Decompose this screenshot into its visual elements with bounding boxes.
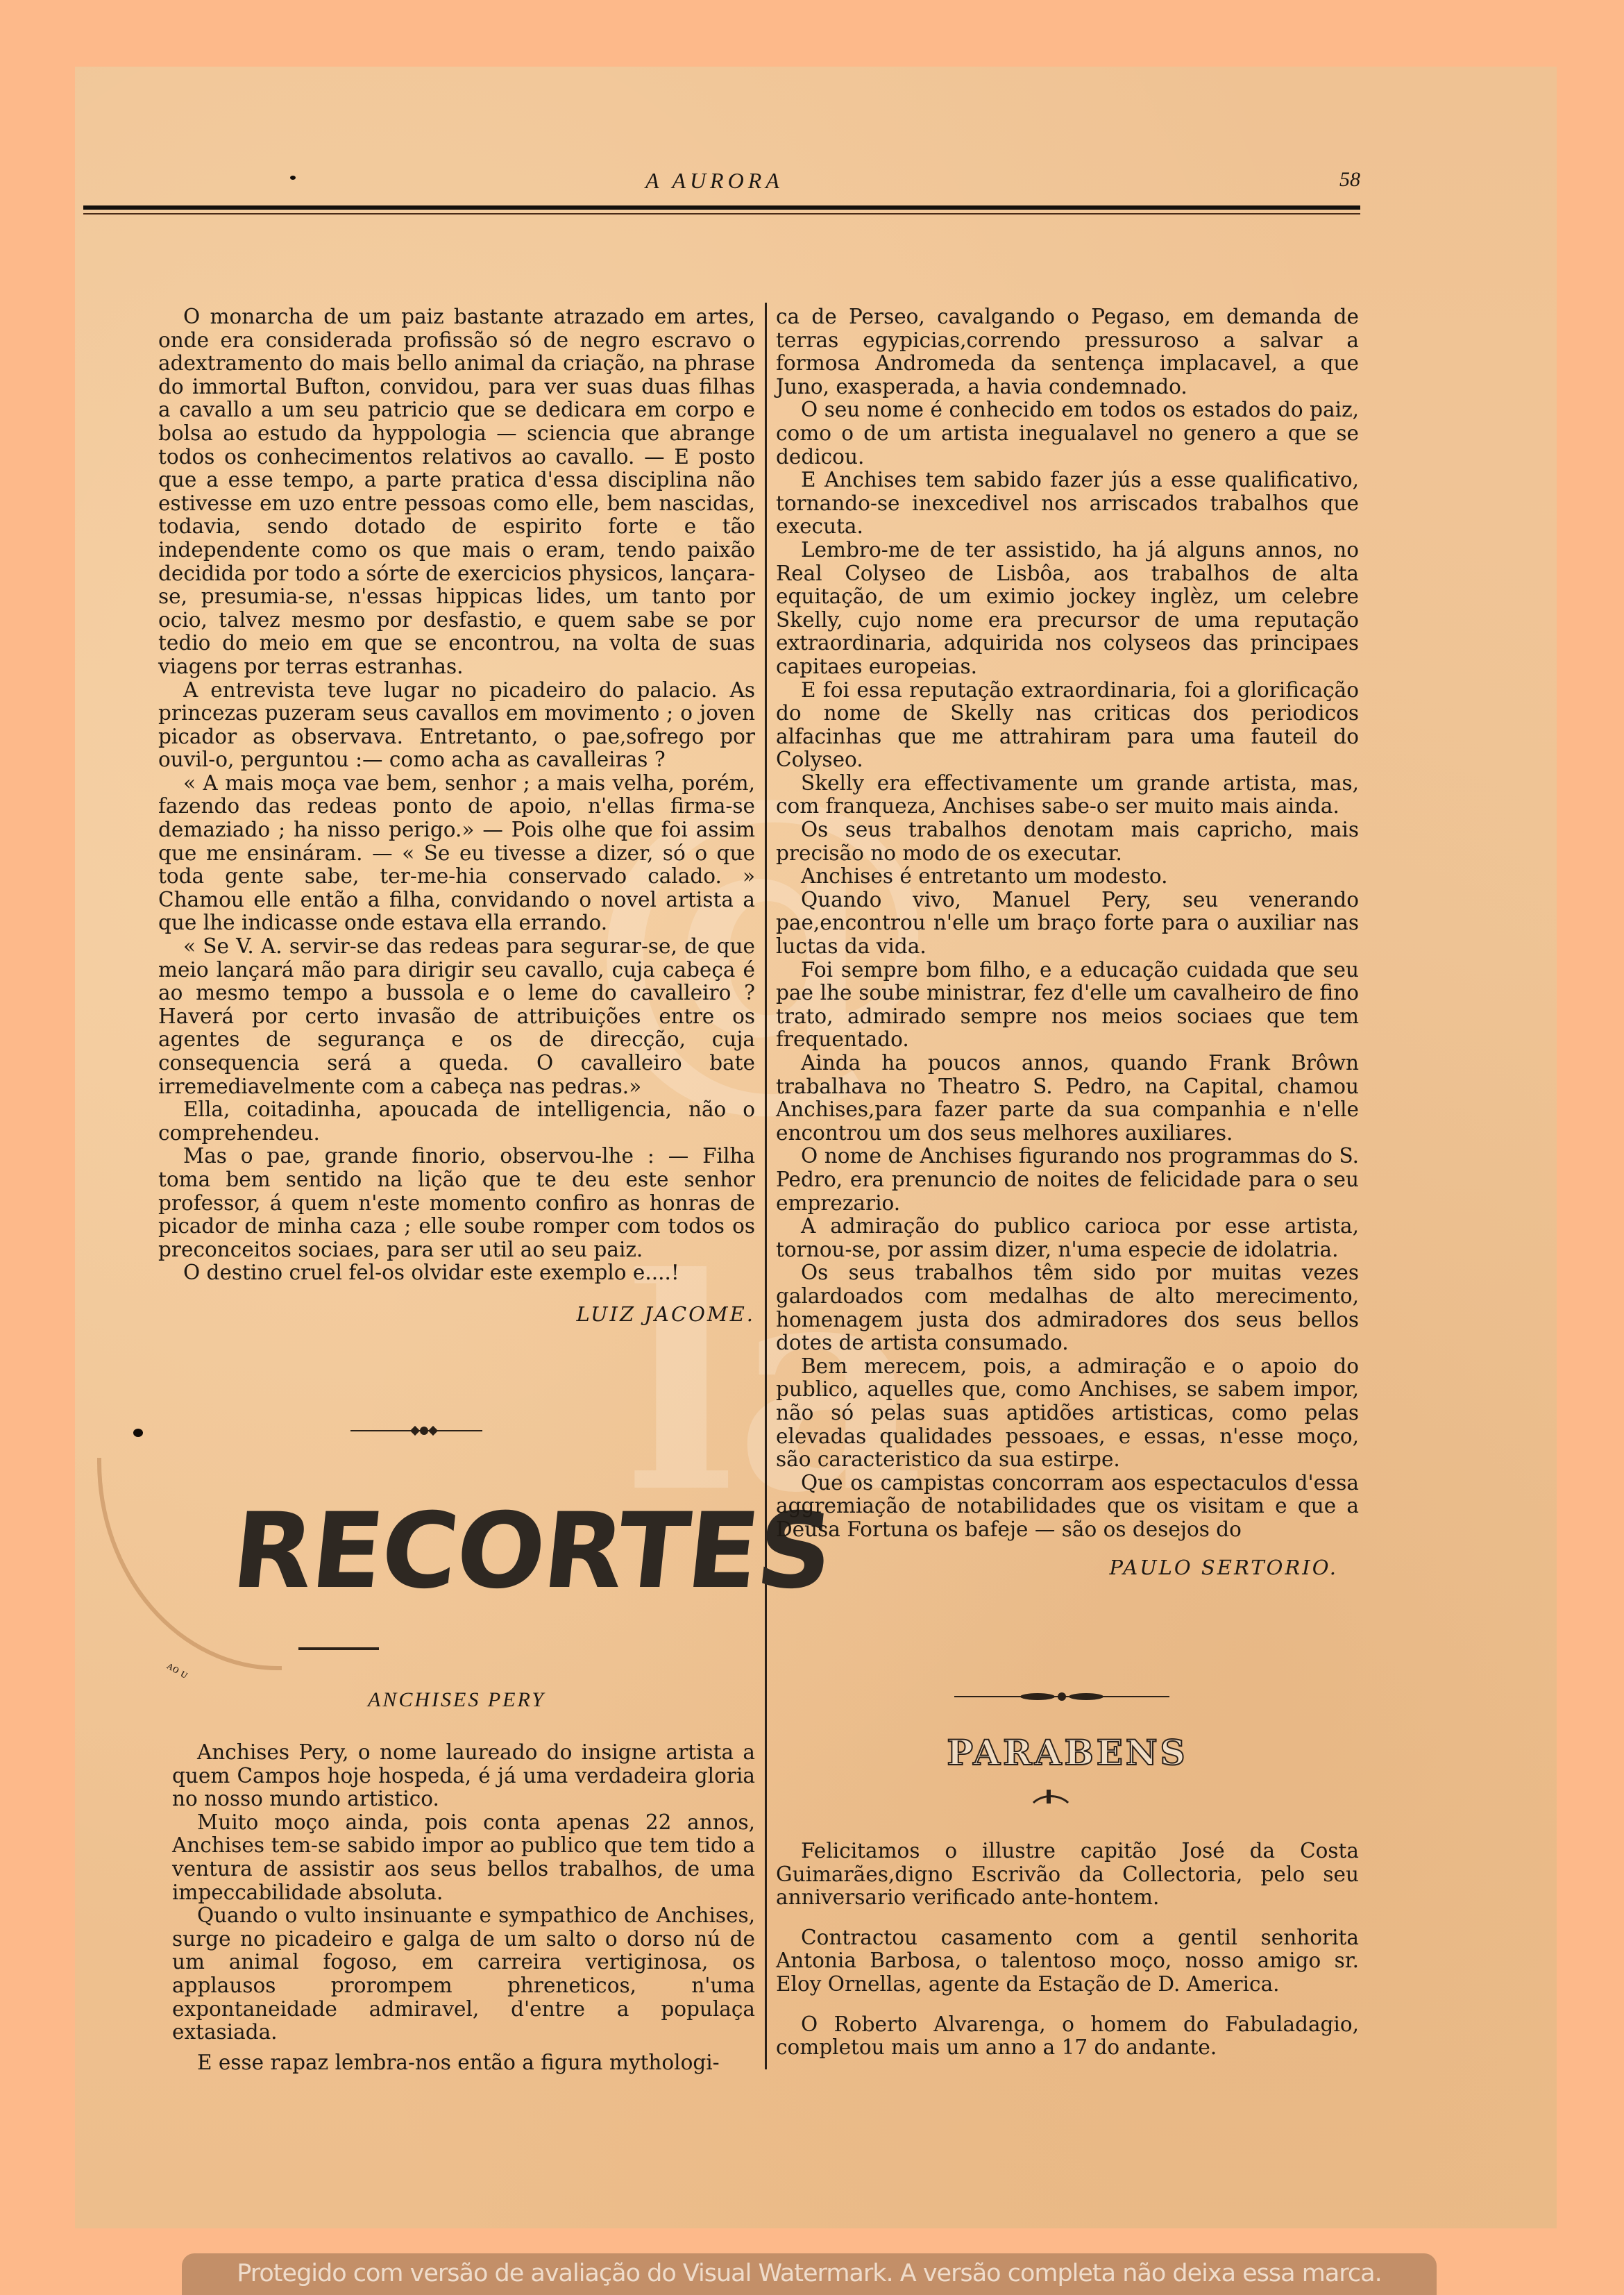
paragraph: Quando vivo, Manuel Pery, seu venerando … bbox=[776, 889, 1359, 959]
paragraph: ca de Perseo, cavalgando o Pegaso, em de… bbox=[776, 305, 1359, 398]
paragraph: O destino cruel fel-os olvidar este exem… bbox=[158, 1261, 755, 1285]
ornament-divider-icon bbox=[954, 1692, 1169, 1702]
publication-title: A AURORA bbox=[645, 168, 784, 194]
paragraph: E esse rapaz lembra-nos então a figura m… bbox=[172, 2051, 755, 2075]
column-divider bbox=[765, 303, 767, 2069]
paragraph: Anchises é entretanto um modesto. bbox=[776, 865, 1359, 889]
paragraph: Mas o pae, grande finorio, observou-lhe … bbox=[158, 1145, 755, 1261]
section-rule bbox=[298, 1647, 379, 1650]
paragraph: E foi essa reputação extraordinaria, foi… bbox=[776, 679, 1359, 772]
paragraph: Os seus trabalhos denotam mais capricho,… bbox=[776, 818, 1359, 865]
parabens-heading: PARABENS bbox=[776, 1732, 1359, 1773]
paragraph: Lembro-me de ter assistido, ha já alguns… bbox=[776, 539, 1359, 679]
paragraph: Quando o vulto insinuante e sympathico d… bbox=[172, 1904, 755, 2044]
arch-ornament-icon bbox=[1026, 1790, 1074, 1817]
recortes-right-column: ca de Perseo, cavalgando o Pegaso, em de… bbox=[776, 305, 1359, 1580]
paragraph: Contractou casamento com a gentil senhor… bbox=[776, 1926, 1359, 1996]
page-header: A AURORA 58 bbox=[83, 168, 1360, 196]
paragraph: Ella, coitadinha, apoucada de intelligen… bbox=[158, 1098, 755, 1145]
paragraph: O nome de Anchises figurando nos program… bbox=[776, 1145, 1359, 1215]
author-signature: LUIZ JACOME. bbox=[158, 1303, 755, 1327]
paragraph: Skelly era effectivamente um grande arti… bbox=[776, 772, 1359, 818]
paragraph: Bem merecem, pois, a admiração e o apoio… bbox=[776, 1355, 1359, 1472]
paragraph: Ainda ha poucos annos, quando Frank Brôw… bbox=[776, 1052, 1359, 1145]
paragraph: « Se V. A. servir-se das redeas para seg… bbox=[158, 935, 755, 1098]
paragraph: Felicitamos o illustre capitão José da C… bbox=[776, 1840, 1359, 1910]
watermark-banner: Protegido com versão de avaliação do Vis… bbox=[182, 2253, 1437, 2295]
left-article: O monarcha de um paiz bastante atrazado … bbox=[158, 305, 755, 1327]
parabens-column: Felicitamos o illustre capitão José da C… bbox=[776, 1840, 1359, 2076]
page-number: 58 bbox=[1339, 168, 1360, 192]
paragraph: O Roberto Alvarenga, o homem do Fabulada… bbox=[776, 2013, 1359, 2060]
ornament-divider-icon bbox=[350, 1427, 482, 1436]
header-rule-thin bbox=[83, 213, 1360, 215]
paragraph: Foi sempre bom filho, e a educação cuida… bbox=[776, 959, 1359, 1052]
article-subtitle: ANCHISES PERY bbox=[158, 1688, 755, 1712]
paragraph: Muito moço ainda, pois conta apenas 22 a… bbox=[172, 1811, 755, 1904]
recortes-left-column: Anchises Pery, o nome laureado do insign… bbox=[172, 1741, 755, 2074]
paragraph: « A mais moça vae bem, senhor ; a mais v… bbox=[158, 772, 755, 935]
ink-spot bbox=[133, 1429, 143, 1437]
ink-spot bbox=[290, 176, 296, 180]
paragraph: Os seus trabalhos têm sido por muitas ve… bbox=[776, 1261, 1359, 1354]
header-rule-thick bbox=[83, 205, 1360, 210]
recortes-heading: RECORTES bbox=[226, 1482, 712, 1621]
paragraph: E Anchises tem sabido fazer jús a esse q… bbox=[776, 469, 1359, 539]
paragraph: O monarcha de um paiz bastante atrazado … bbox=[158, 305, 755, 679]
paragraph: A entrevista teve lugar no picadeiro do … bbox=[158, 679, 755, 772]
author-signature: PAULO SERTORIO. bbox=[776, 1556, 1359, 1580]
paragraph: Que os campistas concorram aos espectacu… bbox=[776, 1472, 1359, 1542]
paragraph: A admiração do publico carioca por esse … bbox=[776, 1215, 1359, 1261]
paragraph: O seu nome é conhecido em todos os estad… bbox=[776, 398, 1359, 469]
paragraph: Anchises Pery, o nome laureado do insign… bbox=[172, 1741, 755, 1811]
